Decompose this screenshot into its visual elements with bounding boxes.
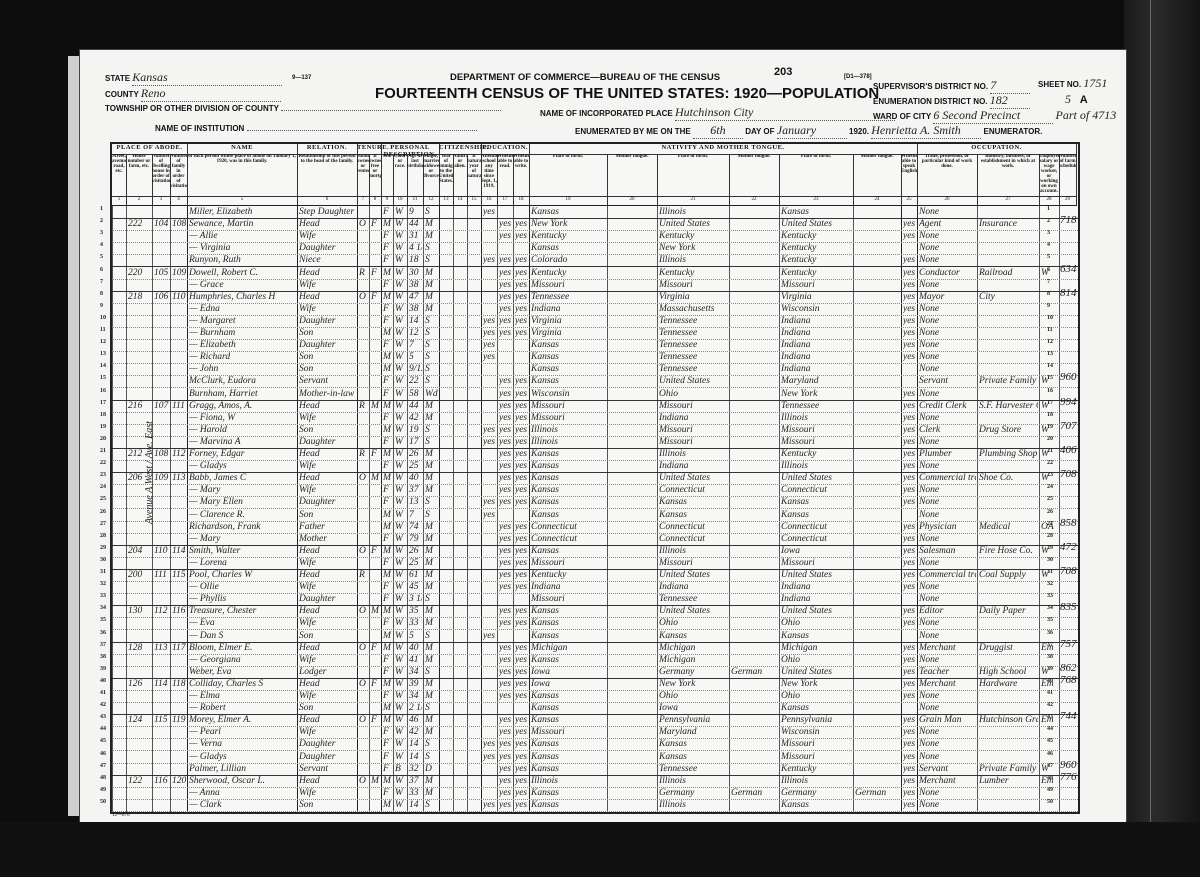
cell-age: 39 [409,678,422,690]
cell-school: yes [483,315,496,327]
cell-m-tongue [855,545,900,557]
cell-pob: Wisconsin [531,388,606,400]
cell-f-tongue [731,496,778,508]
cell-race: W [395,581,406,593]
cell-english: yes [903,267,916,279]
cell-marital: M [425,545,438,557]
cell-f-pob: Kansas [659,751,728,763]
cell-mort [371,327,380,339]
cell-dwelling [154,617,169,629]
cell-relation: Lodger [299,666,356,678]
cell-mort [371,569,380,581]
cell-relation: Head [299,569,356,581]
cell-pob: Iowa [531,678,606,690]
cell-write: yes [515,557,528,569]
cell-family [172,230,186,242]
cell-school [483,775,496,787]
cell-m-pob: United States [781,218,852,230]
cell-race: W [395,448,406,460]
cell-marital: S [425,375,438,387]
cell-dwelling: 110 [154,545,169,557]
cell-mort [371,242,380,254]
cell-trade: None [919,751,976,763]
cell-f-tongue [731,218,778,230]
cell-own [359,751,368,763]
cell-dwelling [154,666,169,678]
cell-sex: F [383,375,392,387]
cell-relation: Servant [299,375,356,387]
cell-f-pob: United States [659,569,728,581]
cell-english: yes [903,690,916,702]
line-number: 36 [1047,630,1053,636]
cell-pob: Kansas [531,605,606,617]
cell-sex: F [383,666,392,678]
line-number: 1 [1047,206,1050,212]
cell-age: 37 [409,775,422,787]
cell-relation: Wife [299,581,356,593]
line-number-left: 42 [100,702,106,708]
cell-name: Miller, Elizabeth [189,206,296,218]
cell-f-tongue [731,303,778,315]
cell-m-pob: Kansas [781,799,852,811]
cell-school [483,303,496,315]
line-number-left: 26 [100,509,106,515]
cell-f-tongue: German [731,787,778,799]
cell-f-tongue [731,448,778,460]
cell-industry: Insurance [979,218,1038,230]
cell-trade: Conductor [919,267,976,279]
line-number-left: 8 [100,291,103,297]
cell-f-pob: Illinois [659,448,728,460]
cell-dwelling [154,254,169,266]
cell-f-tongue [731,751,778,763]
cell-f-tongue [731,593,778,605]
cell-name: Bloom, Elmer E. [189,642,296,654]
cell-english: yes [903,303,916,315]
cell-f-pob: United States [659,605,728,617]
cell-marital: M [425,460,438,472]
cell-m-pob: Indiana [781,581,852,593]
cell-pob: Kansas [531,339,606,351]
cell-m-tongue [855,654,900,666]
cell-english: yes [903,738,916,750]
cell-dwelling [154,460,169,472]
cell-sex: M [383,521,392,533]
supervisor-district-label: SUPERVISOR'S DISTRICT NO. [873,82,988,91]
cell-f-pob: United States [659,218,728,230]
cell-pob: Kentucky [531,230,606,242]
cell-sex: F [383,581,392,593]
cell-sex: M [383,327,392,339]
line-number: 6 [1047,267,1050,273]
cell-name: — Mary [189,533,296,545]
cell-trade: Commercial traveler [919,472,976,484]
cell-trade: None [919,327,976,339]
cell-own [359,509,368,521]
cell-relation: Daughter [299,738,356,750]
column-header: Year of immigration to the United States… [439,154,454,196]
cell-family [172,339,186,351]
cell-age: 14 [409,738,422,750]
cell-read [499,351,512,363]
column-header: Single, married, widowed, or divorced. [423,154,440,196]
cell-f-pob: Illinois [659,775,728,787]
cell-english [903,509,916,521]
cell-m-tongue [855,799,900,811]
cell-marital: S [425,339,438,351]
cell-write: yes [515,533,528,545]
cell-age: 47 [409,291,422,303]
cell-dwelling [154,787,169,799]
cell-house [128,206,151,218]
cell-age: 44 [409,218,422,230]
line-number: 45 [1047,738,1053,744]
cell-relation: Wife [299,279,356,291]
line-number: 40 [1047,678,1053,684]
cell-m-tongue [855,775,900,787]
cell-pob: Iowa [531,666,606,678]
cell-m-tongue [855,424,900,436]
cell-f-tongue [731,388,778,400]
cell-sex: M [383,291,392,303]
cell-write: yes [515,654,528,666]
cell-race: W [395,617,406,629]
line-number-left: 22 [100,460,106,466]
cell-industry [979,254,1038,266]
cell-race: W [395,642,406,654]
cell-f-pob: Kansas [659,738,728,750]
cell-own [359,351,368,363]
cell-m-tongue: German [855,787,900,799]
cell-family [172,557,186,569]
column-number: 14 [453,196,468,206]
cell-mort [371,617,380,629]
cell-race: W [395,412,406,424]
cell-dwelling: 113 [154,642,169,654]
cell-pob: Kansas [531,242,606,254]
cell-english [903,206,916,218]
column-header: Color or race. [393,154,408,196]
cell-dwelling: 104 [154,218,169,230]
cell-read [499,702,512,714]
cell-marital: M [425,617,438,629]
cell-m-pob: Kentucky [781,242,852,254]
line-number: 10 [1047,315,1053,321]
cell-mort: M [371,605,380,617]
margin-code-note: 862 [1060,662,1077,674]
cell-f-tongue [731,678,778,690]
cell-m-tongue [855,218,900,230]
cell-school [483,617,496,629]
cell-age: 42 [409,412,422,424]
cell-m-tongue [855,617,900,629]
cell-f-tongue [731,460,778,472]
cell-read: yes [499,605,512,617]
cell-relation: Niece [299,254,356,266]
column-header: Relationship of this person to the head … [297,154,358,196]
line-number: 47 [1047,763,1053,769]
cell-house [128,787,151,799]
cell-trade: Credit Clerk [919,400,976,412]
cell-english: yes [903,436,916,448]
column-number: 22 [729,196,780,206]
cell-write: yes [515,690,528,702]
cell-m-pob: Indiana [781,351,852,363]
cell-industry [979,654,1038,666]
cell-m-pob: Connecticut [781,484,852,496]
cell-industry [979,412,1038,424]
cell-pob: Kansas [531,484,606,496]
cell-marital: S [425,242,438,254]
cell-sex: F [383,206,392,218]
cell-dwelling [154,375,169,387]
margin-code-note: 757 [1060,638,1077,650]
column-number: 1 [112,196,127,206]
cell-family [172,388,186,400]
cell-write: yes [515,218,528,230]
cell-family [172,751,186,763]
cell-house [128,351,151,363]
cell-relation: Wife [299,726,356,738]
cell-industry: Private Family [979,375,1038,387]
cell-name: — Georgiana [189,654,296,666]
cell-name: — Richard [189,351,296,363]
cell-read: yes [499,327,512,339]
cell-english: yes [903,569,916,581]
cell-trade: Salesman [919,545,976,557]
cell-marital: S [425,630,438,642]
cell-relation: Son [299,424,356,436]
cell-marital: S [425,496,438,508]
cell-marital: S [425,206,438,218]
cell-family: 119 [172,714,186,726]
cell-dwelling [154,738,169,750]
cell-family: 108 [172,218,186,230]
column-number: 12 [423,196,440,206]
cell-english: yes [903,472,916,484]
line-number-left: 33 [100,593,106,599]
cell-house [128,702,151,714]
cell-dwelling [154,363,169,375]
cell-f-pob: Indiana [659,412,728,424]
institution-label: NAME OF INSTITUTION [155,124,244,133]
cell-read [499,242,512,254]
cell-marital: S [425,593,438,605]
cell-trade: None [919,230,976,242]
cell-dwelling: 108 [154,448,169,460]
cell-mort [371,315,380,327]
cell-relation: Wife [299,484,356,496]
column-header: If naturalized, year of naturalization. [467,154,482,196]
cell-relation: Head [299,714,356,726]
line-number: 29 [1047,545,1053,551]
cell-f-pob: Missouri [659,279,728,291]
cell-age: 9 [409,206,422,218]
cell-race: W [395,751,406,763]
cell-read [499,363,512,375]
cell-f-tongue [731,581,778,593]
cell-read: yes [499,375,512,387]
cell-mort [371,436,380,448]
cell-mort [371,303,380,315]
line-number: 19 [1047,424,1053,430]
cell-read [499,339,512,351]
cell-house [128,763,151,775]
cell-english: yes [903,279,916,291]
cell-f-pob: Kansas [659,509,728,521]
line-number: 25 [1047,496,1053,502]
column-header: Mother tongue. [607,154,658,196]
cell-m-pob: New York [781,678,852,690]
cell-name: — Robert [189,702,296,714]
cell-dwelling [154,509,169,521]
cell-mort: F [371,291,380,303]
cell-name: Burnham, Harriet [189,388,296,400]
margin-code-note: 960 [1060,759,1077,771]
cell-marital: S [425,254,438,266]
cell-m-pob: Kentucky [781,267,852,279]
cell-dwelling [154,521,169,533]
cell-trade: None [919,339,976,351]
cell-m-pob: Missouri [781,424,852,436]
cell-dwelling [154,496,169,508]
cell-f-tongue [731,775,778,787]
cell-f-tongue [731,400,778,412]
cell-race: W [395,291,406,303]
cell-write [515,339,528,351]
cell-relation: Servant [299,763,356,775]
cell-school: yes [483,254,496,266]
cell-m-pob: Connecticut [781,521,852,533]
line-number-left: 7 [100,279,103,285]
line-number: 21 [1047,448,1053,454]
cell-relation: Wife [299,654,356,666]
cell-trade: None [919,630,976,642]
cell-dwelling [154,751,169,763]
cell-race: W [395,545,406,557]
cell-f-tongue [731,605,778,617]
cell-house [128,799,151,811]
cell-name: — Harold [189,424,296,436]
cell-race: W [395,230,406,242]
cell-name: Palmer, Lillian [189,763,296,775]
ward-label: WARD OF CITY [873,112,931,121]
cell-write: yes [515,267,528,279]
cell-marital: M [425,291,438,303]
cell-marital: S [425,666,438,678]
column-number: 5 [187,196,298,206]
cell-dwelling [154,533,169,545]
cell-own [359,666,368,678]
cell-trade: Agent [919,218,976,230]
cell-age: 7 [409,509,422,521]
cell-marital: S [425,315,438,327]
enumerated-day: 6th [693,123,743,139]
cell-trade: None [919,593,976,605]
line-number: 27 [1047,521,1053,527]
cell-trade: None [919,581,976,593]
cell-read: yes [499,424,512,436]
cell-industry [979,630,1038,642]
cell-f-tongue [731,363,778,375]
cell-m-tongue [855,714,900,726]
cell-m-pob: Wisconsin [781,303,852,315]
cell-family [172,279,186,291]
cell-industry [979,702,1038,714]
ward-note: Part of 4713 [1056,108,1117,122]
margin-code-note: 994 [1060,396,1077,408]
cell-dwelling [154,279,169,291]
cell-industry [979,303,1038,315]
cell-write: yes [515,545,528,557]
cell-pob: Virginia [531,315,606,327]
cell-name: Morey, Elmer A. [189,714,296,726]
cell-age: 44 [409,400,422,412]
cell-read: yes [499,400,512,412]
cell-sex: F [383,460,392,472]
cell-m-pob: Missouri [781,279,852,291]
cell-school [483,484,496,496]
cell-own [359,375,368,387]
cell-m-pob: Ohio [781,690,852,702]
cell-m-tongue [855,630,900,642]
cell-read: yes [499,787,512,799]
cell-sex: F [383,763,392,775]
cell-m-pob: Connecticut [781,533,852,545]
cell-sex: F [383,388,392,400]
cell-m-tongue [855,230,900,242]
column-number: 6 [297,196,358,206]
cell-sex: F [383,230,392,242]
cell-industry: Private Family [979,763,1038,775]
cell-industry [979,484,1038,496]
cell-dwelling [154,303,169,315]
cell-age: 74 [409,521,422,533]
cell-read: yes [499,315,512,327]
column-header: Industry, business, or establishment in … [977,154,1040,196]
cell-own [359,496,368,508]
cell-english: yes [903,351,916,363]
margin-code-note: 744 [1060,710,1077,722]
cell-family [172,581,186,593]
cell-m-pob: Missouri [781,557,852,569]
cell-f-pob: United States [659,375,728,387]
cell-name: — Clarence R. [189,509,296,521]
cell-read: yes [499,617,512,629]
line-number: 13 [1047,351,1053,357]
cell-own [359,702,368,714]
cell-age: 25 [409,460,422,472]
cell-f-tongue [731,714,778,726]
cell-write [515,593,528,605]
cell-dwelling [154,654,169,666]
cell-m-pob: Kansas [781,702,852,714]
cell-write: yes [515,581,528,593]
cell-house [128,738,151,750]
cell-write: yes [515,279,528,291]
cell-write: yes [515,763,528,775]
cell-school [483,242,496,254]
cell-pob: Michigan [531,642,606,654]
cell-write: yes [515,412,528,424]
cell-race: W [395,690,406,702]
line-number-left: 40 [100,678,106,684]
cell-read: yes [499,460,512,472]
cell-school [483,230,496,242]
cell-sex: M [383,424,392,436]
cell-own [359,460,368,472]
cell-industry [979,799,1038,811]
